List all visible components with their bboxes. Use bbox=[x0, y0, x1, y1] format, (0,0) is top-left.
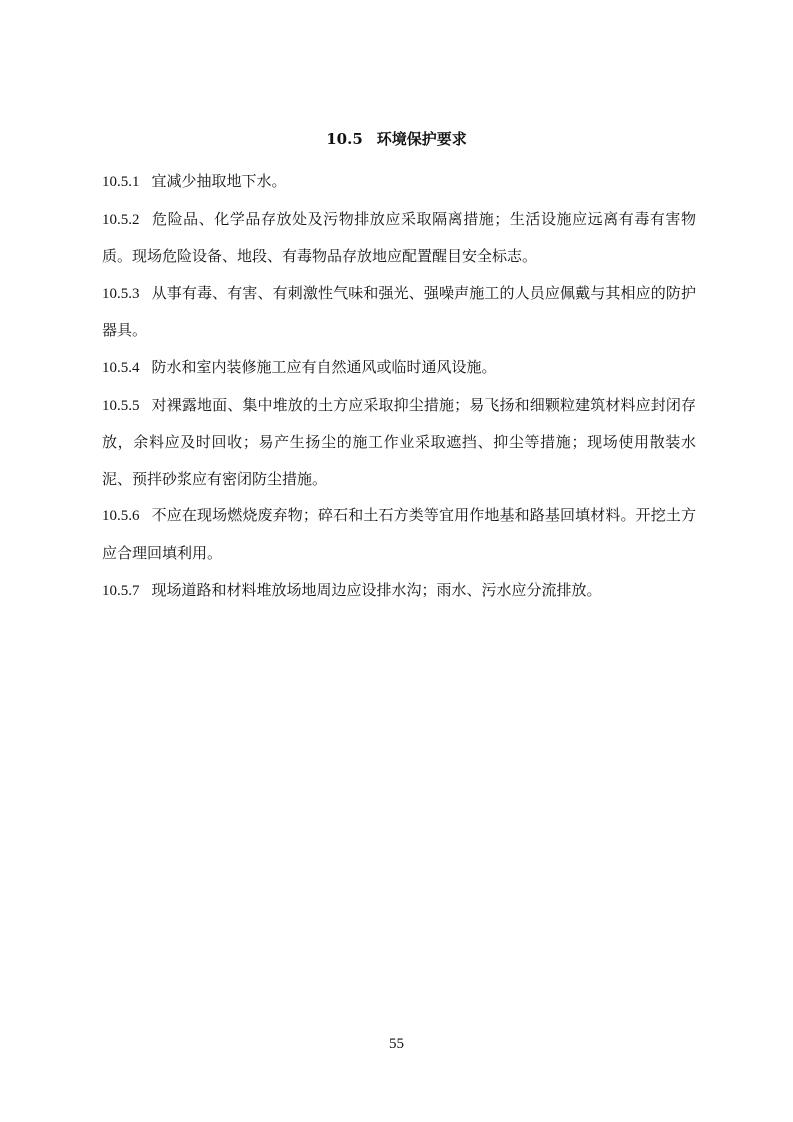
section-number: 10.5 bbox=[326, 130, 363, 148]
clause-number: 10.5.6 bbox=[102, 498, 140, 535]
clause-10-5-7: 10.5.7现场道路和材料堆放场地周边应设排水沟；雨水、污水应分流排放。 bbox=[102, 572, 696, 610]
section-heading: 10.5环境保护要求 bbox=[0, 128, 793, 149]
page-number: 55 bbox=[0, 1036, 793, 1053]
clause-number: 10.5.1 bbox=[102, 164, 140, 201]
clause-number: 10.5.4 bbox=[102, 350, 140, 387]
clause-10-5-2: 10.5.2危险品、化学品存放处及污物排放应采取隔离措施；生活设施应远离有毒有害… bbox=[102, 201, 696, 275]
clause-text: 不应在现场燃烧废弃物；碎石和土石方类等宜用作地基和路基回填材料。开挖土方应合理回… bbox=[102, 506, 696, 562]
clause-text: 从事有毒、有害、有刺激性气味和强光、强噪声施工的人员应佩戴与其相应的防护器具。 bbox=[102, 284, 696, 340]
section-title: 环境保护要求 bbox=[377, 130, 467, 148]
clause-10-5-3: 10.5.3从事有毒、有害、有刺激性气味和强光、强噪声施工的人员应佩戴与其相应的… bbox=[102, 275, 696, 349]
clause-10-5-5: 10.5.5对裸露地面、集中堆放的土方应采取抑尘措施；易飞扬和细颗粒建筑材料应封… bbox=[102, 387, 696, 498]
clause-text: 宜减少抽取地下水。 bbox=[152, 172, 287, 190]
clause-list: 10.5.1宜减少抽取地下水。 10.5.2危险品、化学品存放处及污物排放应采取… bbox=[102, 163, 696, 609]
clause-text: 危险品、化学品存放处及污物排放应采取隔离措施；生活设施应远离有毒有害物质。现场危… bbox=[102, 210, 696, 266]
clause-10-5-1: 10.5.1宜减少抽取地下水。 bbox=[102, 163, 696, 201]
clause-10-5-4: 10.5.4防水和室内装修施工应有自然通风或临时通风设施。 bbox=[102, 349, 696, 387]
clause-text: 对裸露地面、集中堆放的土方应采取抑尘措施；易飞扬和细颗粒建筑材料应封闭存放，余料… bbox=[102, 396, 696, 488]
clause-number: 10.5.7 bbox=[102, 573, 140, 610]
clause-number: 10.5.3 bbox=[102, 276, 140, 313]
clause-text: 防水和室内装修施工应有自然通风或临时通风设施。 bbox=[152, 358, 497, 376]
clause-number: 10.5.5 bbox=[102, 388, 140, 425]
clause-text: 现场道路和材料堆放场地周边应设排水沟；雨水、污水应分流排放。 bbox=[152, 581, 602, 599]
clause-number: 10.5.2 bbox=[102, 202, 140, 239]
clause-10-5-6: 10.5.6不应在现场燃烧废弃物；碎石和土石方类等宜用作地基和路基回填材料。开挖… bbox=[102, 497, 696, 571]
